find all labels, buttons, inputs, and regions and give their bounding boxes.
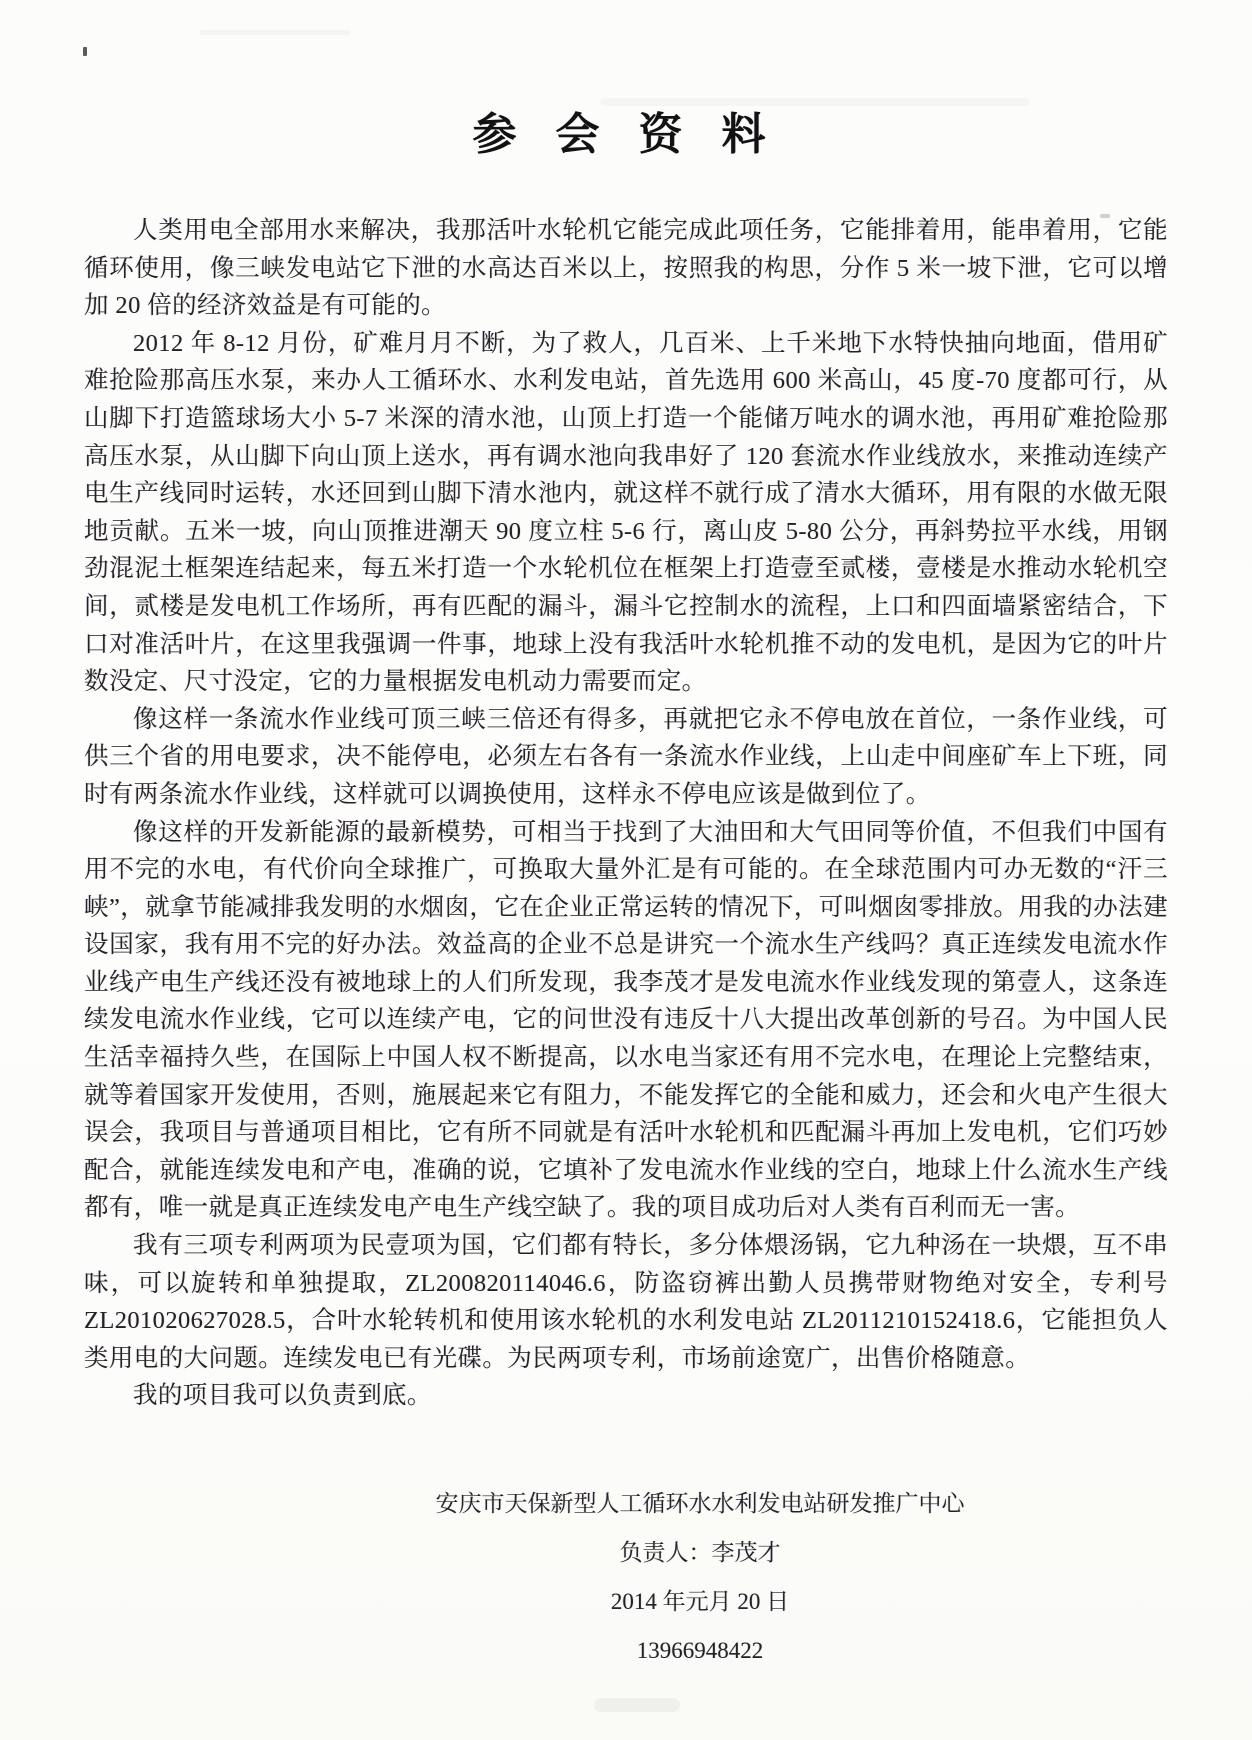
signature-organization: 安庆市天保新型人工循环水水利发电站研发推广中心 <box>74 1479 1252 1528</box>
scan-artifact <box>200 30 350 35</box>
document-body: 人类用电全部用水来解决，我那活叶水轮机它能完成此项任务，它能排着用，能串着用，它… <box>84 212 1168 1415</box>
signature-block: 安庆市天保新型人工循环水水利发电站研发推广中心 负责人：李茂才 2014 年元月… <box>74 1479 1252 1675</box>
scan-artifact <box>594 1698 680 1712</box>
paragraph-production-lines: 像这样一条流水作业线可顶三峡三倍还有得多，再就把它永不停电放在首位，一条作业线，… <box>84 701 1168 814</box>
signature-person: 负责人：李茂才 <box>74 1528 1252 1577</box>
page-title: 参 会 资 料 <box>0 98 1252 162</box>
paragraph-mine-pump-plan: 2012 年 8-12 月份，矿难月月不断，为了救人，几百米、上千米地下水特快抽… <box>84 325 1168 701</box>
signature-phone: 13966948422 <box>74 1626 1252 1675</box>
paragraph-commitment: 我的项目我可以负责到底。 <box>84 1377 1168 1415</box>
paragraph-patents: 我有三项专利两项为民壹项为国，它们都有特长，多分体煨汤锅，它九种汤在一块煨，互不… <box>84 1227 1168 1377</box>
paragraph-new-energy-value: 像这样的开发新能源的最新模势，可相当于找到了大油田和大气田同等价值，不但我们中国… <box>84 814 1168 1228</box>
scanned-document-page: 参 会 资 料 人类用电全部用水来解决，我那活叶水轮机它能完成此项任务，它能排着… <box>0 0 1252 1740</box>
signature-date: 2014 年元月 20 日 <box>74 1577 1252 1626</box>
paragraph-intro: 人类用电全部用水来解决，我那活叶水轮机它能完成此项任务，它能排着用，能串着用，它… <box>84 212 1168 325</box>
scan-artifact <box>83 47 87 56</box>
